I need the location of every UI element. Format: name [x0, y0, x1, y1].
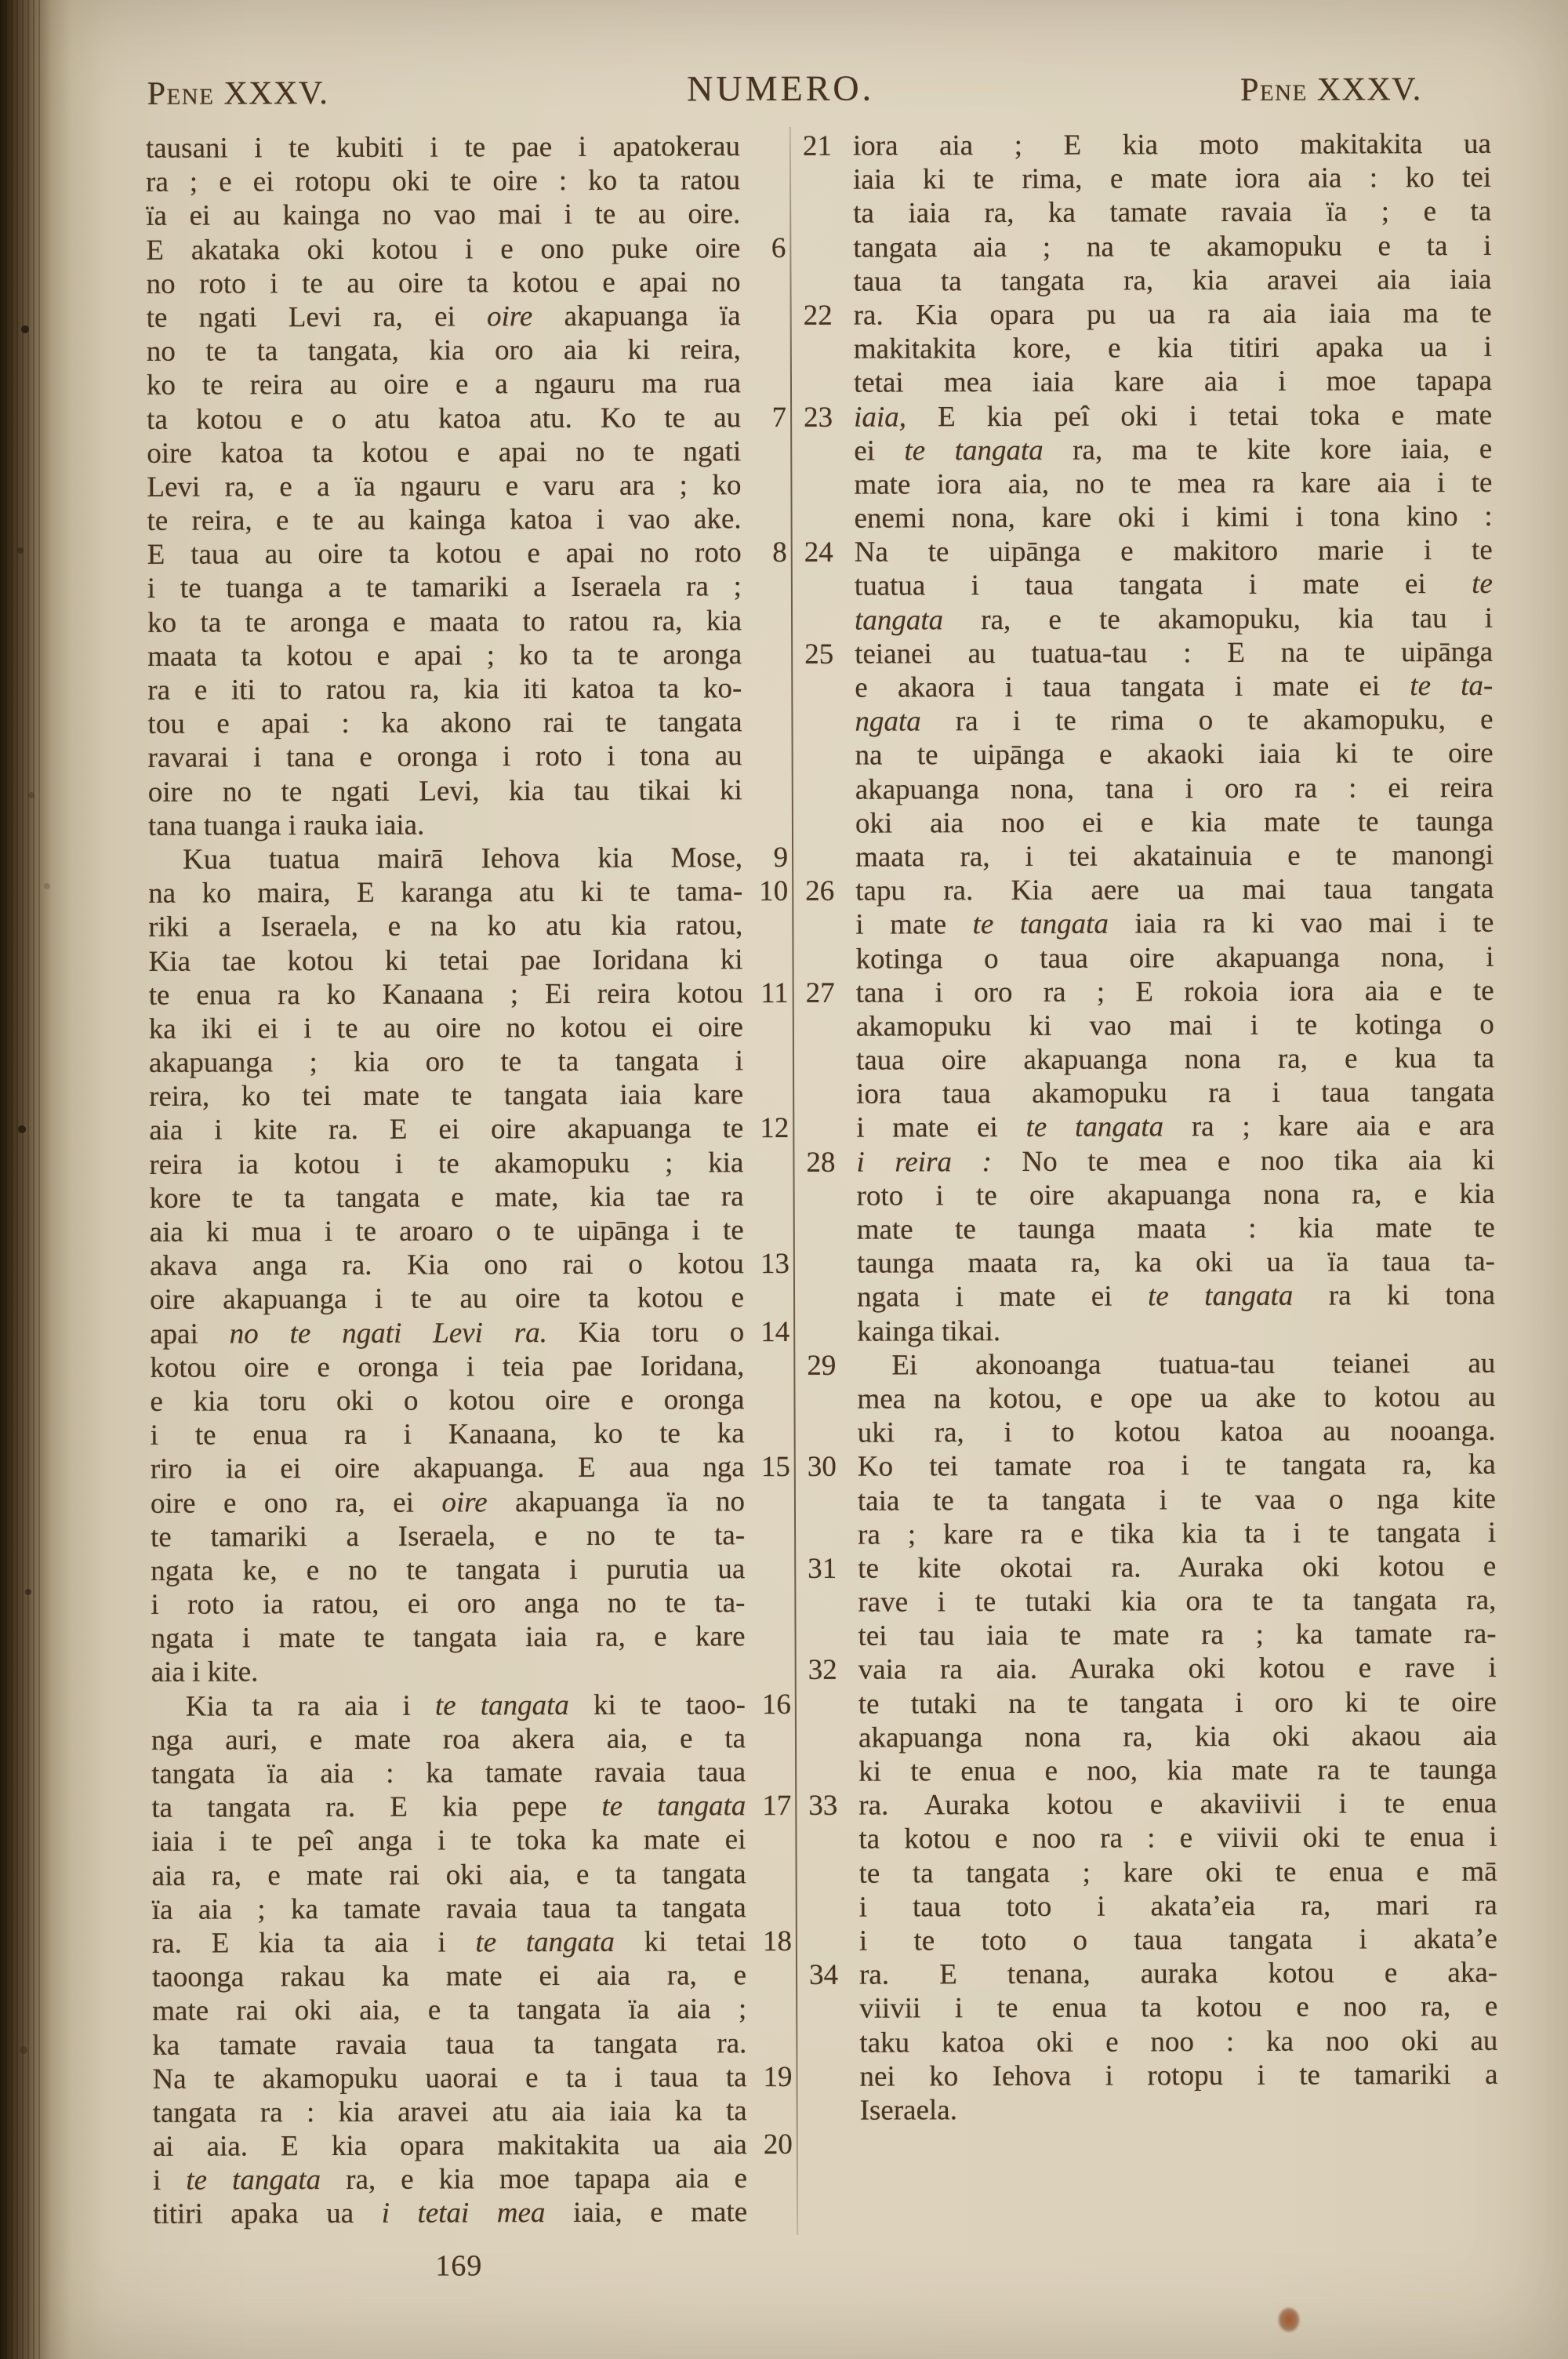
verse-number [807, 1383, 857, 1416]
verse-number [810, 2094, 860, 2128]
verse-number [745, 1552, 790, 1586]
verse-number [746, 1992, 792, 2026]
text-line: mate te taunga maata : kia mate te [807, 1211, 1495, 1247]
text-line: tana tuanga i rauka iaia. [148, 807, 788, 843]
verse-number [808, 1586, 858, 1619]
text-line: tangata ra, e te akamopuku, kia tau i [804, 601, 1493, 637]
text-line: e akaora i taua tangata i mate ei te ta- [804, 669, 1493, 705]
verse-number [742, 807, 788, 841]
line-text: oki aia noo ei e kia mate te taunga [855, 805, 1494, 841]
line-text: kotinga o taua oire akapuanga nona, i [855, 940, 1494, 976]
text-line: 32vaia ra aia. Auraka oki kotou e rave i [808, 1651, 1497, 1687]
verse-number [804, 468, 854, 502]
verse-number: 10 [742, 874, 788, 908]
running-head-book-title: NUMERO. [687, 69, 874, 109]
line-text: no te ta tangata, kia oro aia ki reira, [147, 333, 741, 369]
text-line: oire akapuanga i te au oire ta kotou e [150, 1281, 789, 1317]
verse-number [808, 1755, 858, 1789]
text-line: ta iaia ra, ka tamate ravaia ïa ; e ta [803, 194, 1491, 231]
line-text: ka iki ei i te au oire no kotou ei oire [149, 1010, 743, 1046]
text-line: rave i te tutaki kia ora te ta tangata r… [808, 1583, 1496, 1619]
text-line: reira, ko tei mate te tangata iaia kare [149, 1078, 789, 1114]
verse-number [807, 1247, 857, 1281]
text-line: 24Na te uipānga e makitoro marie i te [804, 533, 1493, 569]
verse-number: 9 [742, 841, 788, 874]
text-line: iaia i te peî anga i te toka ka mate ei [151, 1823, 791, 1859]
text-line: E akataka oki kotou i e ono puke oire6 [146, 231, 786, 267]
line-text: tetai mea iaia kare aia i moe tapapa [854, 364, 1492, 400]
text-line: ra. E kia ta aia i te tangata ki tetai18 [152, 1925, 792, 1961]
text-line: E taua au oire ta kotou e apai no roto8 [147, 536, 787, 572]
text-line: te tamariki a Iseraela, e no te ta- [151, 1518, 790, 1554]
verse-number [746, 1755, 791, 1789]
text-line: i taua toto i akata’eia ra, mari ra [809, 1888, 1497, 1925]
line-text: ki te enua e noo, kia mate ra te taunga [858, 1753, 1497, 1789]
verse-number [804, 434, 854, 467]
text-line: kainga tikai. [807, 1312, 1495, 1348]
line-text: no roto i te au oire ta kotou e apai no [146, 265, 740, 301]
line-text: riro ia ei oire akapuanga. E aua nga [151, 1450, 745, 1486]
line-text: ra. Auraka kotou e akaviivii i te enua [858, 1787, 1497, 1823]
line-text: oire akapuanga i te au oire ta kotou e [150, 1281, 744, 1318]
verse-number [742, 569, 787, 603]
line-text: tana i oro ra ; E rokoia iora aia e te [856, 974, 1494, 1010]
verse-number: 31 [808, 1552, 858, 1586]
verse-number: 16 [746, 1688, 791, 1721]
text-line: aia i kite. [151, 1653, 791, 1689]
text-line: tausani i te kubiti i te pae i apatokera… [146, 129, 786, 165]
verse-number: 29 [807, 1348, 857, 1382]
line-text: i roto ia ratou, ei oro anga no te ta- [151, 1586, 745, 1622]
line-text: oire e ono ra, ei oire akapuanga ïa no [151, 1485, 745, 1521]
verse-number: 23 [804, 400, 854, 434]
line-text: taoonga rakau ka mate ei aia ra, e [152, 1958, 746, 1994]
verse-number [744, 1179, 789, 1213]
text-line: uki ra, i to kotou katoa au nooanga. [808, 1414, 1496, 1450]
text-line: 25teianei au tuatua-tau : E na te uipāng… [804, 635, 1493, 671]
line-text: iaia ki te rima, e mate iora aia : ko te… [853, 161, 1491, 197]
verse-number: 22 [804, 299, 854, 333]
line-text: ra. Kia opara pu ua ra aia iaia ma te [854, 296, 1492, 333]
verse-number [742, 705, 787, 739]
verse-number [740, 197, 786, 231]
verse-number [740, 265, 786, 299]
verse-number [746, 1721, 791, 1755]
text-line: te reira, e te au kainga katoa i vao ake… [147, 502, 787, 538]
verse-number: 15 [745, 1450, 790, 1484]
text-line: 31te kite okotai ra. Auraka oki kotou e [808, 1550, 1496, 1586]
text-line: ra e iti to ratou ra, kia iti katoa ta k… [147, 671, 787, 707]
line-text: kainga tikai. [857, 1312, 1495, 1348]
text-line: mate iora aia, no te mea ra kare aia i t… [804, 466, 1492, 502]
line-text: tapu ra. Kia aere ua mai taua tangata [855, 872, 1494, 908]
verse-number: 30 [808, 1450, 858, 1484]
line-text: e akaora i taua tangata i mate ei te ta- [855, 669, 1493, 705]
page-number: 169 [372, 2248, 545, 2284]
verse-number [805, 841, 855, 874]
line-text: na ko maira, E karanga atu ki te tama- [148, 874, 742, 911]
verse-number: 18 [746, 1925, 792, 1958]
verse-number: 27 [806, 976, 856, 1009]
line-text: ngata i mate ei te tangata ra ki tona [857, 1278, 1495, 1314]
verse-number: 8 [742, 536, 787, 569]
verse-number [809, 1925, 859, 1958]
line-text: tausani i te kubiti i te pae i apatokera… [146, 129, 740, 165]
running-head-chapter-left: Pene XXXV. [147, 74, 329, 114]
verse-number: 6 [740, 231, 786, 265]
text-line: kore te ta tangata e mate, kia tae ra [150, 1179, 789, 1216]
verse-number [741, 468, 786, 502]
line-text: taia te ta tangata i te vaa o nga kite [858, 1481, 1496, 1518]
line-text: mate rai oki aia, e ta tangata ïa aia ; [152, 1992, 746, 2028]
verse-number: 33 [808, 1789, 858, 1823]
text-line: iaia ki te rima, e mate iora aia : ko te… [803, 161, 1491, 197]
line-text: mate iora aia, no te mea ra kare aia i t… [854, 466, 1492, 502]
line-text: taua oire akapuanga nona ra, e kua ta [856, 1041, 1494, 1078]
line-text: i te enua ra i Kanaana, ko te ka [151, 1416, 745, 1452]
verse-number [809, 1856, 859, 1890]
line-text: Na te akamopuku uaorai e ta i taua ta [152, 2060, 746, 2096]
text-line: tei tau iaia te mate ra ; ka tamate ra- [808, 1617, 1496, 1653]
line-text: ra ; kare ra e tika kia ta i te tangata … [858, 1516, 1496, 1552]
text-line: maata ta kotou e apai ; ko ta te aronga [147, 638, 787, 674]
verse-number: 26 [805, 874, 855, 908]
verse-number [807, 1213, 857, 1247]
running-head-chapter-right: Pene XXXV. [1240, 70, 1422, 110]
line-text: aia ki mua i te aroaro o te uipānga i te [150, 1213, 744, 1249]
verse-number [808, 1687, 858, 1721]
text-line: taoonga rakau ka mate ei aia ra, e [152, 1958, 792, 1994]
verse-number [809, 1890, 859, 1924]
line-text: i reira : No te mea e noo tika aia ki [856, 1143, 1494, 1179]
text-line: i roto ia ratou, ei oro anga no te ta- [151, 1586, 790, 1622]
verse-number [740, 163, 786, 197]
line-text: ra ; e ei rotopu oki te oire : ko ta rat… [146, 163, 740, 199]
line-text: te ta tangata ; kare oki te enua e mā [859, 1854, 1497, 1890]
text-line: 27tana i oro ra ; E rokoia iora aia e te [806, 974, 1494, 1010]
line-text: nei ko Iehova i rotopu i te tamariki a [859, 2058, 1497, 2094]
text-line: titiri apaka ua i tetai mea iaia, e mate [153, 2195, 793, 2231]
line-text: teianei au tuatua-tau : E na te uipānga [855, 635, 1493, 671]
verse-number [806, 1078, 856, 1111]
text-line: na te uipānga e akaoki iaia ki te oire [805, 736, 1494, 772]
line-text: te tutaki na te tangata i oro ki te oire [858, 1685, 1497, 1721]
line-text: i te tuanga a te tamariki a Iseraela ra … [147, 570, 742, 606]
text-line: mate rai oki aia, e ta tangata ïa aia ; [152, 1992, 792, 2028]
line-text: te tamariki a Iseraela, e no te ta- [151, 1518, 745, 1554]
text-line: 29Ei akonoanga tuatua-tau teianei au [807, 1347, 1495, 1383]
verse-number [809, 2026, 859, 2059]
left-text-column: tausani i te kubiti i te pae i apatokera… [146, 129, 793, 2231]
line-text: tangata ïa aia : ka tamate ravaia taua [151, 1755, 746, 1791]
verse-number: 12 [743, 1111, 789, 1145]
text-line: i te toto o taua tangata i akata’e [809, 1922, 1497, 1958]
line-text: Kua tuatua mairā Iehova kia Mose, [148, 841, 742, 877]
verse-number [747, 2195, 793, 2229]
line-text: Kia tae kotou ki tetai pae Ioridana ki [148, 943, 742, 979]
line-text: akapuanga nona ra, kia oki akaou aia [858, 1719, 1497, 1755]
text-line: aia ki mua i te aroaro o te uipānga i te [150, 1213, 789, 1249]
line-text: reira, ko tei mate te tangata iaia kare [149, 1078, 743, 1114]
verse-number: 7 [741, 400, 786, 434]
verse-number [805, 806, 855, 840]
line-text: te kite okotai ra. Auraka oki kotou e [858, 1550, 1496, 1586]
line-text: te reira, e te au kainga katoa i vao ake… [147, 502, 742, 538]
line-text: i taua toto i akata’eia ra, mari ra [859, 1888, 1497, 1925]
text-line: 33ra. Auraka kotou e akaviivii i te enua [808, 1787, 1497, 1823]
text-line: akapuanga ; kia oro te ta tangata i [149, 1044, 789, 1080]
right-text-column: 21iora aia ; E kia moto makitakita uaiai… [803, 127, 1498, 2128]
verse-number: 21 [803, 129, 853, 163]
verse-number [742, 638, 787, 671]
verse-number [803, 163, 853, 197]
text-line: 34ra. E tenana, auraka kotou e aka- [809, 1956, 1497, 1992]
verse-number: 13 [744, 1247, 789, 1281]
line-text: tei tau iaia te mate ra ; ka tamate ra- [858, 1617, 1496, 1653]
verse-number: 11 [743, 976, 789, 1010]
line-text: E taua au oire ta kotou e apai no roto [147, 536, 742, 572]
line-text: taku katoa oki e noo : ka noo oki au [859, 2023, 1497, 2059]
printed-page: Pene XXXV. NUMERO. Pene XXXV. tausani i … [0, 0, 1568, 2359]
verse-number [746, 1857, 792, 1891]
verse-number [803, 264, 853, 298]
text-line: maata ra, i tei akatainuia e te manongi [805, 838, 1494, 874]
line-text: ra. E kia ta aia i te tangata ki tetai [152, 1925, 746, 1961]
text-line: oire e ono ra, ei oire akapuanga ïa no [151, 1484, 790, 1520]
text-line: ko te reira au oire e a ngauru ma rua [147, 366, 786, 402]
line-text: iaia i te peî anga i te toka ka mate ei [151, 1823, 746, 1859]
line-text: vaia ra aia. Auraka oki kotou e rave i [858, 1651, 1497, 1687]
verse-number [745, 1416, 790, 1450]
line-text: ïa ei au kainga no vao mai i te au oire. [146, 198, 740, 234]
verse-number [806, 1044, 856, 1078]
verse-number [804, 671, 855, 705]
line-text: uki ra, i to kotou katoa au nooanga. [858, 1414, 1496, 1450]
line-text: maata ta kotou e apai ; ko ta te aronga [147, 638, 742, 674]
verse-number [746, 1823, 791, 1856]
line-text: tana tuanga i rauka iaia. [148, 807, 742, 843]
verse-number [747, 2094, 793, 2128]
line-text: ïa aia ; ka tamate ravaia taua ta tangat… [152, 1891, 746, 1927]
verse-number [745, 1484, 790, 1518]
line-text: viivii i te enua ta kotou e noo ra, e [859, 1990, 1497, 2026]
ink-stain [1278, 2307, 1300, 2332]
verse-number [806, 1010, 856, 1044]
text-line: no te ta tangata, kia oro aia ki reira, [147, 333, 786, 369]
verse-number [744, 1349, 789, 1383]
verse-number [743, 1146, 789, 1179]
text-line: oire no te ngati Levi, kia tau tikai ki [148, 773, 788, 809]
text-line: na ko maira, E karanga atu ki te tama-10 [148, 874, 788, 911]
verse-number [740, 129, 786, 163]
text-line: te enua ra ko Kanaana ; Ei reira kotou11 [149, 976, 789, 1012]
line-text: ngata ra i te rima o te akamopuku, e [855, 703, 1493, 739]
verse-number [746, 2026, 792, 2059]
verse-number [804, 502, 855, 536]
line-text: oire katoa ta kotou e apai no te ngati [147, 434, 741, 471]
verse-number: 17 [746, 1789, 791, 1823]
text-line: Levi ra, e a ïa ngauru e varu ara ; ko [147, 468, 786, 504]
line-text: i te tangata ra, e kia moe tapapa aia e [153, 2161, 747, 2197]
verse-number: 20 [747, 2128, 793, 2161]
verse-number [804, 366, 854, 400]
text-line: ngata i mate te tangata iaia ra, e kare [151, 1619, 790, 1656]
line-text: Ei akonoanga tuatua-tau teianei au [857, 1347, 1495, 1383]
text-line: ngata ke, e no te tangata i purutia ua [151, 1552, 790, 1588]
text-line: te ngati Levi ra, ei oire akapuanga ïa [147, 299, 786, 335]
text-line: te tutaki na te tangata i oro ki te oire [808, 1685, 1497, 1721]
text-line: ngata i mate ei te tangata ra ki tona [807, 1278, 1495, 1314]
line-text: ngata i mate te tangata iaia ra, e kare [151, 1619, 745, 1656]
line-text: E akataka oki kotou i e ono puke oire [146, 231, 740, 267]
text-line: mea na kotou, e ope ua ake to kotou au [807, 1380, 1495, 1416]
verse-number [742, 671, 787, 705]
verse-number: 24 [804, 536, 855, 569]
text-line: ra ; kare ra e tika kia ta i te tangata … [808, 1516, 1496, 1552]
verse-number [803, 231, 853, 264]
text-line: Na te akamopuku uaorai e ta i taua ta19 [152, 2060, 792, 2096]
verse-number: 14 [744, 1315, 789, 1349]
line-text: rave i te tutaki kia ora te ta tangata r… [858, 1583, 1496, 1619]
line-text: mate te taunga maata : kia mate te [857, 1211, 1495, 1247]
verse-number [804, 603, 855, 637]
verse-number [809, 2059, 859, 2093]
text-line: tangata aia ; na te akamopuku e ta i [803, 228, 1491, 264]
verse-number [746, 1958, 792, 1992]
line-text: akamopuku ki vao mai i te kotinga o [856, 1008, 1494, 1044]
verse-number [745, 1586, 790, 1619]
line-text: akapuanga ; kia oro te ta tangata i [149, 1044, 743, 1080]
verse-number [746, 1891, 792, 1925]
text-line: tangata ïa aia : ka tamate ravaia taua [151, 1755, 791, 1791]
line-text: ra. E tenana, auraka kotou e aka- [859, 1956, 1497, 1992]
text-line: kotou oire e oronga i teia pae Ioridana, [150, 1349, 789, 1385]
text-line: taunga maata ra, ka oki ua ïa taua ta- [807, 1245, 1495, 1281]
verse-number [808, 1416, 858, 1450]
line-text: iora aia ; E kia moto makitakita ua [853, 127, 1491, 163]
text-line: makitakita kore, e kia titiri apaka ua i [804, 330, 1492, 366]
line-text: akava anga ra. Kia ono rai o kotou [150, 1247, 744, 1283]
line-text: ta iaia ra, ka tamate ravaia ïa ; e ta [853, 194, 1491, 231]
line-text: taua ta tangata ra, kia aravei aia iaia [853, 263, 1491, 299]
verse-number: 25 [804, 637, 855, 671]
line-text: maata ra, i tei akatainuia e te manongi [855, 838, 1494, 874]
verse-number [805, 942, 855, 976]
line-text: enemi nona, kare oki i kimi i tona kino … [855, 500, 1493, 536]
text-line: ravarai i tana e oronga i roto i tona au [148, 739, 788, 775]
text-line: tuatua i taua tangata i mate ei te [804, 567, 1493, 603]
line-text: e kia toru oki o kotou oire e oronga [150, 1383, 744, 1419]
verse-number [742, 773, 788, 807]
text-line: ki te enua e noo, kia mate ra te taunga [808, 1753, 1497, 1789]
text-line: roto i te oire akapuanga nona ra, e kia [807, 1177, 1495, 1213]
text-line: ïa ei au kainga no vao mai i te au oire. [146, 197, 786, 233]
line-text: te enua ra ko Kanaana ; Ei reira kotou [149, 976, 743, 1012]
verse-number [804, 705, 855, 739]
text-line: aia i kite ra. E ei oire akapuanga te12 [149, 1111, 789, 1147]
line-text: riki a Iseraela, e na ko atu kia ratou, [148, 908, 742, 944]
line-text: roto i te oire akapuanga nona ra, e kia [857, 1177, 1495, 1213]
verse-number [806, 1111, 856, 1145]
text-line: riki a Iseraela, e na ko atu kia ratou, [148, 908, 788, 944]
line-text: tuatua i taua tangata i mate ei te [855, 567, 1493, 603]
text-line: akamopuku ki vao mai i te kotinga o [806, 1008, 1494, 1044]
text-line: ko ta te aronga e maata to ratou ra, kia [147, 604, 787, 640]
line-text: tangata aia ; na te akamopuku e ta i [853, 228, 1491, 264]
verse-number [808, 1721, 858, 1754]
line-text: tangata ra, e te akamopuku, kia tau i [855, 601, 1493, 637]
line-text: Levi ra, e a ïa ngauru e varu ara ; ko [147, 468, 741, 504]
text-line: ngata ra i te rima o te akamopuku, e [804, 703, 1493, 739]
line-text: ta kotou e noo ra : e viivii oki te enua… [858, 1820, 1497, 1856]
verse-number [807, 1281, 857, 1314]
line-text: i mate te tangata iaia ra ki vao mai i t… [855, 906, 1494, 942]
line-text: Iseraela. [860, 2092, 1498, 2128]
text-line: riro ia ei oire akapuanga. E aua nga15 [151, 1450, 790, 1486]
verse-number [742, 604, 787, 638]
line-text: i te toto o taua tangata i akata’e [859, 1922, 1497, 1958]
text-line: tetai mea iaia kare aia i moe tapapa [804, 364, 1492, 400]
verse-number [807, 1314, 857, 1348]
verse-number [743, 1010, 789, 1044]
line-text: na te uipānga e akaoki iaia ki te oire [855, 736, 1494, 772]
verse-number [742, 942, 788, 976]
verse-number [808, 1823, 858, 1856]
line-text: tou e apai : ka akono rai te tangata [147, 705, 742, 741]
verse-number [808, 1619, 858, 1653]
line-text: iora taua akamopuku ra i taua tangata [856, 1075, 1494, 1111]
text-line: ïa aia ; ka tamate ravaia taua ta tangat… [152, 1891, 792, 1927]
text-line: apai no te ngati Levi ra. Kia toru o14 [150, 1315, 789, 1351]
verse-number [741, 434, 786, 468]
book-page-scan: Pene XXXV. NUMERO. Pene XXXV. tausani i … [0, 0, 1568, 2359]
line-text: tangata ra : kia aravei atu aia iaia ka … [153, 2094, 747, 2130]
text-line: taua oire akapuanga nona ra, e kua ta [806, 1041, 1494, 1078]
line-text: ta tangata ra. E kia pepe te tangata [151, 1789, 746, 1825]
verse-number [744, 1213, 789, 1247]
verse-number [745, 1518, 790, 1552]
text-line: taia te ta tangata i te vaa o nga kite [808, 1481, 1496, 1518]
text-line: kotinga o taua oire akapuanga nona, i [805, 940, 1494, 976]
text-line: iora taua akamopuku ra i taua tangata [806, 1075, 1494, 1111]
text-line: ei te tangata ra, ma te kite kore iaia, … [804, 432, 1492, 468]
text-line: Kua tuatua mairā Iehova kia Mose,9 [148, 841, 788, 877]
text-line: 30Ko tei tamate roa i te tangata ra, ka [808, 1448, 1496, 1484]
verse-number [742, 908, 788, 942]
line-text: taunga maata ra, ka oki ua ïa taua ta- [857, 1245, 1495, 1281]
text-line: 22ra. Kia opara pu ua ra aia iaia ma te [804, 296, 1492, 333]
text-line: i te tangata ra, e kia moe tapapa aia e [153, 2161, 793, 2197]
text-line: i te tuanga a te tamariki a Iseraela ra … [147, 569, 787, 605]
line-text: titiri apaka ua i tetai mea iaia, e mate [153, 2196, 747, 2232]
text-line: akava anga ra. Kia ono rai o kotou13 [150, 1247, 789, 1283]
text-line: oire katoa ta kotou e apai no te ngati [147, 434, 786, 471]
verse-number [804, 569, 855, 603]
line-text: mea na kotou, e ope ua ake to kotou au [857, 1380, 1495, 1416]
line-text: te ngati Levi ra, ei oire akapuanga ïa [147, 299, 741, 335]
text-line: tou e apai : ka akono rai te tangata [147, 705, 787, 741]
text-line: tangata ra : kia aravei atu aia iaia ka … [153, 2094, 793, 2130]
text-line: no roto i te au oire ta kotou e apai no [146, 265, 786, 301]
text-line: te ta tangata ; kare oki te enua e mā [809, 1854, 1497, 1890]
text-line: ka tamate ravaia taua ta tangata ra. [152, 2026, 792, 2062]
text-line: taku katoa oki e noo : ka noo oki au [809, 2023, 1497, 2059]
text-line: 26tapu ra. Kia aere ua mai taua tangata [805, 872, 1494, 908]
text-line: enemi nona, kare oki i kimi i tona kino … [804, 500, 1493, 536]
line-text: iaia, E kia peî oki i tetai toka e mate [854, 398, 1492, 434]
verse-number [741, 333, 786, 366]
line-text: akapuanga nona, tana i oro ra : ei reira [855, 770, 1494, 806]
